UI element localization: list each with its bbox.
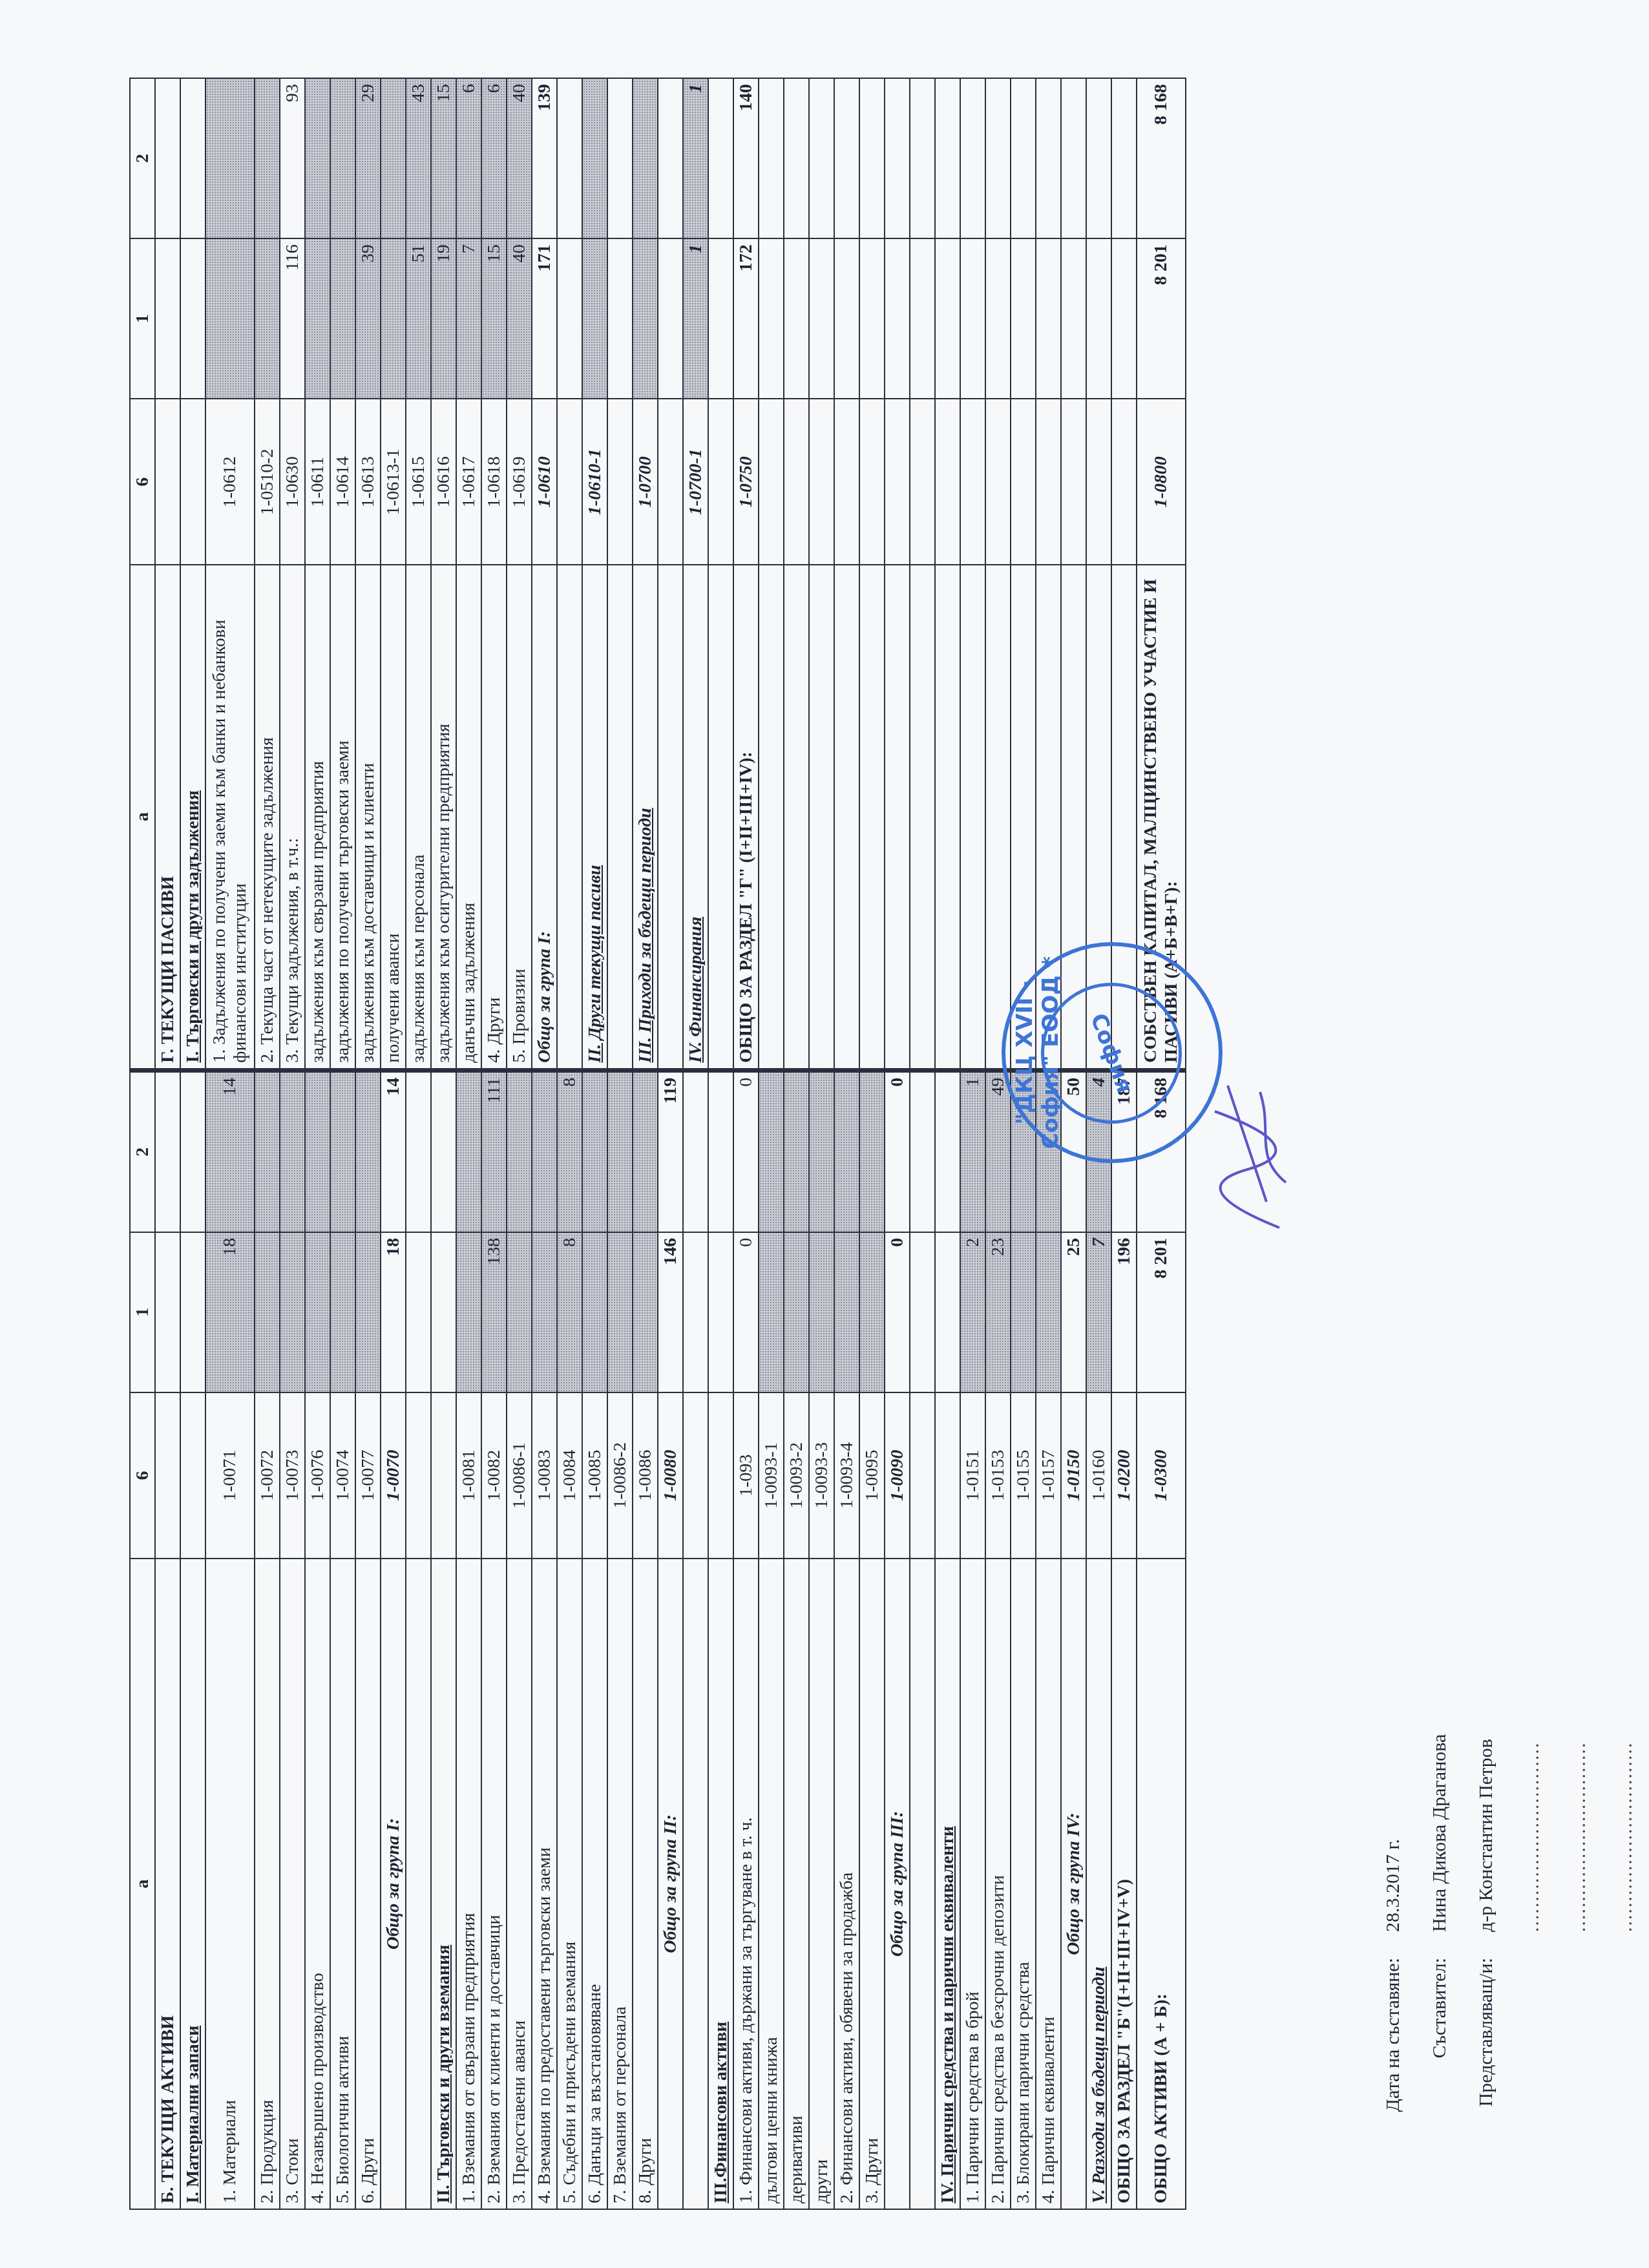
assets-label-cell: 5. Биологични активи [330, 1559, 355, 2209]
liabilities-previous-cell [784, 78, 809, 238]
liabilities-label-cell: задължения към свързани предприятия [305, 565, 330, 1070]
assets-current-cell [708, 1232, 733, 1392]
representative-value: д-р Константин Петров [1475, 1609, 1497, 1932]
assets-label-cell: 3. Предоставени аванси [507, 1559, 532, 2209]
liabilities-code-cell: 1-0610 [532, 399, 557, 565]
liabilities-previous-cell: 139 [532, 78, 557, 238]
liabilities-code-cell [1111, 399, 1137, 565]
assets-previous-cell: 1 [960, 1070, 985, 1232]
liabilities-label-cell: IV. Финансирания [683, 565, 708, 1070]
liabilities-previous-cell [1011, 78, 1036, 238]
liabilities-code-cell [658, 399, 683, 565]
liabilities-label-cell [708, 565, 733, 1070]
assets-previous-cell: 119 [658, 1070, 683, 1232]
table-row: 1. Вземания от свързани предприятия1-008… [456, 78, 481, 2209]
liabilities-current-cell [759, 238, 784, 399]
liabilities-previous-cell [834, 78, 859, 238]
assets-label-cell: 7. Вземания от персонала [607, 1559, 633, 2209]
table-row: 4. Незавършено производство1-0076задълже… [305, 78, 330, 2209]
table-row: 3. Предоставени аванси1-0086-15. Провизи… [507, 78, 532, 2209]
liabilities-current-cell [633, 238, 658, 399]
liabilities-previous-cell [759, 78, 784, 238]
liabilities-code-cell [557, 399, 582, 565]
liabilities-code-cell [885, 399, 910, 565]
assets-label-cell: Общо за група III: [885, 1559, 910, 2209]
table-row: II. Търговски и други вземаниязадължения… [431, 78, 456, 2209]
liabilities-current-cell [1111, 238, 1137, 399]
liabilities-code-cell: 1-0612 [205, 399, 255, 565]
assets-current-cell: 8 201 [1137, 1232, 1186, 1392]
date-value: 28.3.2017 г. [1382, 1609, 1404, 1932]
liabilities-previous-cell [1086, 78, 1111, 238]
liabilities-label-cell [910, 565, 935, 1070]
liabilities-previous-cell [960, 78, 985, 238]
table-row: деривативи1-0093-2 [784, 78, 809, 2209]
assets-code-cell: 1-0076 [305, 1392, 330, 1559]
liabilities-current-cell [784, 238, 809, 399]
assets-label-cell [910, 1559, 935, 2209]
liabilities-current-cell: 171 [532, 238, 557, 399]
assets-previous-cell [708, 1070, 733, 1232]
assets-current-cell [155, 1232, 180, 1392]
liabilities-label-cell: получени аванси [381, 565, 406, 1070]
assets-current-cell: 25 [1061, 1232, 1086, 1392]
liabilities-current-cell: 19 [431, 238, 456, 399]
liabilities-code-cell: 1-0750 [733, 399, 759, 565]
liabilities-current-cell: 39 [355, 238, 381, 399]
assets-label-cell: 6. Други [355, 1559, 381, 2209]
liabilities-current-cell [960, 238, 985, 399]
representative-row: Представляващ/и: д-р Константин Петров [1463, 1609, 1509, 2171]
signature-line: ............................... [1522, 1609, 1544, 1932]
assets-current-cell [633, 1232, 658, 1392]
assets-code-cell: 1-0086 [633, 1392, 658, 1559]
assets-label-cell: дългови ценни книжа [759, 1559, 784, 2209]
liabilities-previous-cell [708, 78, 733, 238]
liabilities-code-cell [1086, 399, 1111, 565]
assets-current-cell [255, 1232, 280, 1392]
assets-previous-cell [456, 1070, 481, 1232]
liabilities-label-cell: III. Приходи за бъдещи периоди [633, 565, 658, 1070]
assets-previous-cell: 0 [885, 1070, 910, 1232]
table-row: задължения към персонала1-06155143 [406, 78, 431, 2209]
table-row: 1. Парични средства в брой1-015121 [960, 78, 985, 2209]
liabilities-current-cell: 15 [481, 238, 507, 399]
assets-current-cell: 0 [733, 1232, 759, 1392]
assets-label-cell: деривативи [784, 1559, 809, 2209]
table-row: 2. Парични средства в безсрочни депозити… [985, 78, 1011, 2209]
liabilities-code-cell: 1-0614 [330, 399, 355, 565]
assets-code-cell: 1-0157 [1036, 1392, 1061, 1559]
assets-code-cell: 1-0082 [481, 1392, 507, 1559]
liabilities-label-cell: данъчни задължения [456, 565, 481, 1070]
liabilities-code-cell: 1-0510-2 [255, 399, 280, 565]
assets-label-cell: 3. Други [859, 1559, 885, 2209]
col-header-previous: 2 [130, 1070, 155, 1232]
assets-code-cell: 1-0073 [280, 1392, 305, 1559]
table-row: 1. Финансови активи, държани за търгуван… [733, 78, 759, 2209]
table-row: 2. Финансови активи, обявени за продажба… [834, 78, 859, 2209]
assets-code-cell: 1-093 [733, 1392, 759, 1559]
liabilities-current-cell [305, 238, 330, 399]
table-row: 3. Други1-0095 [859, 78, 885, 2209]
assets-previous-cell [532, 1070, 557, 1232]
assets-current-cell: 196 [1111, 1232, 1137, 1392]
liabilities-current-cell [255, 238, 280, 399]
assets-current-cell [355, 1232, 381, 1392]
assets-code-cell: 1-0083 [532, 1392, 557, 1559]
col-header-current-liabilities: 1 [130, 238, 155, 399]
assets-label-cell: 1. Вземания от свързани предприятия [456, 1559, 481, 2209]
assets-current-cell [910, 1232, 935, 1392]
assets-label-cell: ОБЩО АКТИВИ (А + Б): [1137, 1559, 1186, 2209]
liabilities-current-cell: 51 [406, 238, 431, 399]
date-row: Дата на съставяне: 28.3.2017 г. [1370, 1609, 1416, 2171]
assets-label-cell: III.Финансови активи [708, 1559, 733, 2209]
assets-current-cell: 146 [658, 1232, 683, 1392]
table-row: Общо за група I:1-00701814получени аванс… [381, 78, 406, 2209]
table-row [910, 78, 935, 2209]
table-row: 5. Биологични активи1-0074задължения по … [330, 78, 355, 2209]
dots-row-3: ............................... [1602, 1609, 1649, 2171]
assets-code-cell [155, 1392, 180, 1559]
liabilities-code-cell [910, 399, 935, 565]
assets-previous-cell [633, 1070, 658, 1232]
assets-code-cell: 1-0093-4 [834, 1392, 859, 1559]
liabilities-previous-cell [885, 78, 910, 238]
liabilities-code-cell [960, 399, 985, 565]
assets-current-cell [607, 1232, 633, 1392]
table-row: дългови ценни книжа1-0093-1 [759, 78, 784, 2209]
liabilities-label-cell [834, 565, 859, 1070]
assets-label-cell: 4. Незавършено производство [305, 1559, 330, 2209]
liabilities-code-cell [859, 399, 885, 565]
assets-code-cell: 1-0095 [859, 1392, 885, 1559]
author-label: Съставител: [1429, 1932, 1451, 2171]
assets-current-cell: 23 [985, 1232, 1011, 1392]
assets-label-cell: Общо за група I: [381, 1559, 406, 2209]
table-row: 1. Материали1-007118141. Задължения по п… [205, 78, 255, 2209]
assets-code-cell: 1-0090 [885, 1392, 910, 1559]
liabilities-current-cell [1036, 238, 1061, 399]
liabilities-previous-cell [1036, 78, 1061, 238]
assets-previous-cell: 14 [381, 1070, 406, 1232]
liabilities-code-cell: 1-0610-1 [582, 399, 607, 565]
liabilities-label-cell: задължения към доставчици и клиенти [355, 565, 381, 1070]
liabilities-current-cell [885, 238, 910, 399]
liabilities-code-cell: 1-0613 [355, 399, 381, 565]
signature-line: ............................... [1568, 1609, 1590, 1932]
assets-label-cell: 3. Стоки [280, 1559, 305, 2209]
assets-previous-cell: 8 [557, 1070, 582, 1232]
liabilities-code-cell: 1-0800 [1137, 399, 1186, 565]
assets-current-cell [683, 1232, 708, 1392]
assets-code-cell: 1-0085 [582, 1392, 607, 1559]
liabilities-previous-cell: 6 [456, 78, 481, 238]
liabilities-label-cell [960, 565, 985, 1070]
dots-row-1: ............................... [1509, 1609, 1556, 2171]
assets-previous-cell [155, 1070, 180, 1232]
liabilities-current-cell: 8 201 [1137, 238, 1186, 399]
assets-current-cell [582, 1232, 607, 1392]
liabilities-code-cell: 1-0619 [507, 399, 532, 565]
date-label: Дата на съставяне: [1382, 1932, 1404, 2171]
liabilities-previous-cell: 8 168 [1137, 78, 1186, 238]
assets-label-cell: 5. Съдебни и присъдени вземания [557, 1559, 582, 2209]
assets-previous-cell [582, 1070, 607, 1232]
assets-code-cell: 1-0150 [1061, 1392, 1086, 1559]
liabilities-current-cell [330, 238, 355, 399]
liabilities-label-cell [985, 565, 1011, 1070]
liabilities-code-cell [155, 399, 180, 565]
assets-code-cell: 1-0151 [960, 1392, 985, 1559]
assets-code-cell [431, 1392, 456, 1559]
liabilities-current-cell [381, 238, 406, 399]
liabilities-label-cell: 1. Задължения по получени заеми към банк… [205, 565, 255, 1070]
assets-code-cell: 1-0155 [1011, 1392, 1036, 1559]
assets-code-cell [708, 1392, 733, 1559]
dots-row-2: ............................... [1556, 1609, 1602, 2171]
assets-previous-cell [255, 1070, 280, 1232]
assets-label-cell: 1. Материали [205, 1559, 255, 2209]
table-row: 7. Вземания от персонала1-0086-2 [607, 78, 633, 2209]
liabilities-previous-cell [633, 78, 658, 238]
assets-label-cell: 8. Други [633, 1559, 658, 2209]
liabilities-current-cell [859, 238, 885, 399]
assets-previous-cell [784, 1070, 809, 1232]
liabilities-previous-cell [859, 78, 885, 238]
assets-label-cell [406, 1559, 431, 2209]
assets-label-cell: 3. Блокирани парични средства [1011, 1559, 1036, 2209]
assets-code-cell: 1-0093-3 [809, 1392, 834, 1559]
liabilities-current-cell [910, 238, 935, 399]
assets-current-cell [532, 1232, 557, 1392]
assets-label-cell: I. Материални запаси [180, 1559, 205, 2209]
liabilities-previous-cell: 40 [507, 78, 532, 238]
liabilities-current-cell [205, 238, 255, 399]
assets-current-cell: 18 [381, 1232, 406, 1392]
assets-previous-cell: 0 [733, 1070, 759, 1232]
assets-previous-cell [759, 1070, 784, 1232]
assets-previous-cell [809, 1070, 834, 1232]
assets-previous-cell [355, 1070, 381, 1232]
liabilities-current-cell: 116 [280, 238, 305, 399]
col-header-a: а [130, 1559, 155, 2209]
assets-code-cell: 1-0093-1 [759, 1392, 784, 1559]
signature-block: Дата на съставяне: 28.3.2017 г. Съставит… [1370, 1609, 1649, 2171]
liabilities-current-cell [607, 238, 633, 399]
liabilities-label-cell: задължения към персонала [406, 565, 431, 1070]
assets-current-cell: 8 [557, 1232, 582, 1392]
assets-code-cell [935, 1392, 960, 1559]
assets-code-cell: 1-0086-1 [507, 1392, 532, 1559]
assets-previous-cell [431, 1070, 456, 1232]
liabilities-code-cell [784, 399, 809, 565]
liabilities-current-cell [935, 238, 960, 399]
liabilities-label-cell: 5. Провизии [507, 565, 532, 1070]
assets-current-cell [406, 1232, 431, 1392]
liabilities-label-cell [784, 565, 809, 1070]
liabilities-previous-cell: 29 [355, 78, 381, 238]
assets-previous-cell [180, 1070, 205, 1232]
liabilities-code-cell [1061, 399, 1086, 565]
table-row: други1-0093-3 [809, 78, 834, 2209]
handwritten-signature-icon [1189, 1073, 1292, 1241]
assets-label-cell [683, 1559, 708, 2209]
liabilities-label-cell [859, 565, 885, 1070]
table-row: 2. Вземания от клиенти и доставчици1-008… [481, 78, 507, 2209]
liabilities-label-cell [885, 565, 910, 1070]
assets-code-cell: 1-0086-2 [607, 1392, 633, 1559]
col-header-current: 1 [130, 1232, 155, 1392]
table-row: IV. Парични средства и парични еквивален… [935, 78, 960, 2209]
liabilities-label-cell [557, 565, 582, 1070]
assets-label-cell: 2. Финансови активи, обявени за продажба [834, 1559, 859, 2209]
assets-current-cell [1011, 1232, 1036, 1392]
liabilities-current-cell: 7 [456, 238, 481, 399]
assets-previous-cell [683, 1070, 708, 1232]
assets-code-cell: 1-0153 [985, 1392, 1011, 1559]
table-row: 3. Стоки1-00733. Текущи задължения, в т.… [280, 78, 305, 2209]
liabilities-current-cell [1086, 238, 1111, 399]
assets-code-cell [406, 1392, 431, 1559]
liabilities-previous-cell: 15 [431, 78, 456, 238]
assets-code-cell: 1-0084 [557, 1392, 582, 1559]
author-row: Съставител: Нина Дикова Драганова [1416, 1609, 1463, 2171]
liabilities-label-cell: задължения по получени търговски заеми [330, 565, 355, 1070]
liabilities-code-cell [1011, 399, 1036, 565]
col-header-a-liabilities: а [130, 565, 155, 1070]
table-row: 4. Вземания по предоставени търговски за… [532, 78, 557, 2209]
liabilities-label-cell [607, 565, 633, 1070]
assets-previous-cell [859, 1070, 885, 1232]
assets-current-cell [784, 1232, 809, 1392]
col-header-code-liabilities: 6 [130, 399, 155, 565]
liabilities-previous-cell [180, 78, 205, 238]
liabilities-code-cell: 1-0630 [280, 399, 305, 565]
liabilities-current-cell [1061, 238, 1086, 399]
assets-code-cell: 1-0160 [1086, 1392, 1111, 1559]
signature-line: ............................... [1615, 1609, 1637, 1932]
liabilities-current-cell: 40 [507, 238, 532, 399]
liabilities-code-cell: 1-0700-1 [683, 399, 708, 565]
assets-label-cell: IV. Парични средства и парични еквивален… [935, 1559, 960, 2209]
liabilities-code-cell: 1-0613-1 [381, 399, 406, 565]
balance-sheet-page: а 6 1 2 а 6 1 2 Б. ТЕКУЩИ АКТИВИГ. ТЕКУЩ… [78, 78, 1564, 2210]
assets-current-cell [935, 1232, 960, 1392]
assets-label-cell: 2. Вземания от клиенти и доставчици [481, 1559, 507, 2209]
table-row: IV. Финансирания1-0700-111 [683, 78, 708, 2209]
liabilities-label-cell: Общо за група I: [532, 565, 557, 1070]
assets-label-cell: Б. ТЕКУЩИ АКТИВИ [155, 1559, 180, 2209]
liabilities-previous-cell [255, 78, 280, 238]
liabilities-previous-cell [330, 78, 355, 238]
author-value: Нина Дикова Драганова [1429, 1609, 1451, 1932]
assets-label-cell: 4. Парични еквиваленти [1036, 1559, 1061, 2209]
liabilities-previous-cell [1111, 78, 1137, 238]
liabilities-previous-cell [557, 78, 582, 238]
table-row: Б. ТЕКУЩИ АКТИВИГ. ТЕКУЩИ ПАСИВИ [155, 78, 180, 2209]
assets-label-cell: ОБЩО ЗА РАЗДЕЛ "Б"(I+II+III+IV+V) [1111, 1559, 1137, 2209]
assets-previous-cell [935, 1070, 960, 1232]
assets-current-cell: 138 [481, 1232, 507, 1392]
liabilities-label-cell: Г. ТЕКУЩИ ПАСИВИ [155, 565, 180, 1070]
assets-label-cell: 2. Продукция [255, 1559, 280, 2209]
liabilities-previous-cell [985, 78, 1011, 238]
assets-previous-cell: 111 [481, 1070, 507, 1232]
liabilities-label-cell [809, 565, 834, 1070]
liabilities-previous-cell: 6 [481, 78, 507, 238]
assets-label-cell: 4. Вземания по предоставени търговски за… [532, 1559, 557, 2209]
liabilities-label-cell: ОБЩО ЗА РАЗДЕЛ "Г" (I+II+III+IV): [733, 565, 759, 1070]
assets-label-cell: Общо за група II: [658, 1559, 683, 2209]
liabilities-previous-cell [607, 78, 633, 238]
liabilities-label-cell [935, 565, 960, 1070]
assets-previous-cell [330, 1070, 355, 1232]
assets-previous-cell [910, 1070, 935, 1232]
liabilities-label-cell: 2. Текуща част от нетекущите задължения [255, 565, 280, 1070]
assets-label-cell: 1. Парични средства в брой [960, 1559, 985, 2209]
assets-current-cell [507, 1232, 532, 1392]
table-row: 2. Продукция1-00722. Текуща част от нете… [255, 78, 280, 2209]
liabilities-previous-cell: 93 [280, 78, 305, 238]
col-header-code: 6 [130, 1392, 155, 1559]
liabilities-previous-cell [381, 78, 406, 238]
assets-previous-cell: 14 [205, 1070, 255, 1232]
assets-current-cell [809, 1232, 834, 1392]
assets-current-cell [330, 1232, 355, 1392]
liabilities-current-cell [985, 238, 1011, 399]
assets-current-cell [180, 1232, 205, 1392]
assets-code-cell [683, 1392, 708, 1559]
assets-current-cell [431, 1232, 456, 1392]
liabilities-current-cell [1011, 238, 1036, 399]
liabilities-code-cell: 1-0700 [633, 399, 658, 565]
assets-label-cell: 2. Парични средства в безсрочни депозити [985, 1559, 1011, 2209]
liabilities-current-cell [809, 238, 834, 399]
liabilities-code-cell: 1-0617 [456, 399, 481, 565]
liabilities-previous-cell [1061, 78, 1086, 238]
assets-previous-cell [607, 1070, 633, 1232]
assets-code-cell: 1-0072 [255, 1392, 280, 1559]
assets-current-cell [759, 1232, 784, 1392]
assets-code-cell: 1-0080 [658, 1392, 683, 1559]
assets-code-cell: 1-0200 [1111, 1392, 1137, 1559]
liabilities-code-cell [985, 399, 1011, 565]
liabilities-current-cell [658, 238, 683, 399]
liabilities-previous-cell [582, 78, 607, 238]
liabilities-code-cell: 1-0616 [431, 399, 456, 565]
liabilities-previous-cell [910, 78, 935, 238]
assets-previous-cell [305, 1070, 330, 1232]
assets-label-cell: II. Търговски и други вземания [431, 1559, 456, 2209]
assets-code-cell: 1-0300 [1137, 1392, 1186, 1559]
table-row: III.Финансови активи [708, 78, 733, 2209]
liabilities-label-cell [658, 565, 683, 1070]
assets-code-cell [910, 1392, 935, 1559]
assets-current-cell [1036, 1232, 1061, 1392]
liabilities-code-cell: 1-0611 [305, 399, 330, 565]
liabilities-current-cell [557, 238, 582, 399]
liabilities-label-cell [759, 565, 784, 1070]
assets-current-cell: 2 [960, 1232, 985, 1392]
assets-code-cell [180, 1392, 205, 1559]
liabilities-label-cell: II. Други текущи пасиви [582, 565, 607, 1070]
assets-label-cell: V. Разходи за бъдещи периоди [1086, 1559, 1111, 2209]
assets-current-cell [834, 1232, 859, 1392]
table-row: 8. Други1-0086III. Приходи за бъдещи пер… [633, 78, 658, 2209]
table-row: 6. Други1-0077задължения към доставчици … [355, 78, 381, 2209]
